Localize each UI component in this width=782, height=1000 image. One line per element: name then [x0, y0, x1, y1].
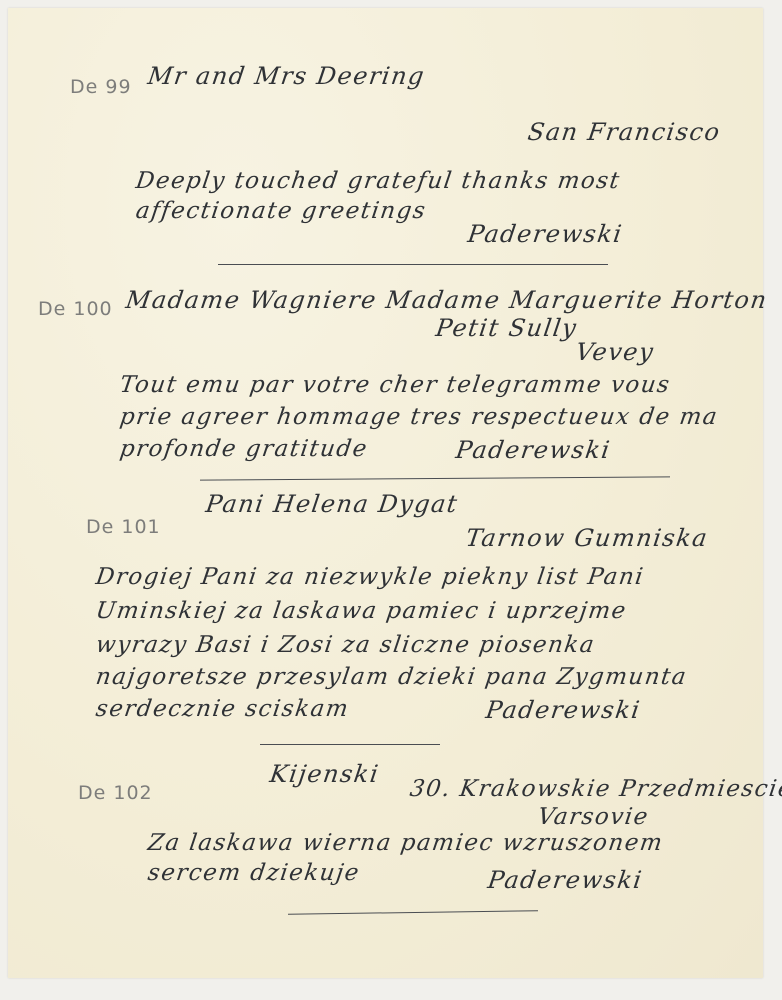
- place-line: Vevey: [574, 338, 656, 366]
- body-line: prie agreer hommage tres respectueux de …: [118, 404, 720, 430]
- signature: Paderewski: [486, 866, 645, 894]
- letter-page: De 99 Mr and Mrs Deering San Francisco D…: [8, 8, 763, 978]
- divider: [260, 744, 440, 745]
- archive-ref: De 100: [38, 298, 113, 320]
- signature: Paderewski: [454, 436, 613, 464]
- city: Varsovie: [536, 804, 650, 830]
- body-line: Uminskiej za laskawa pamiec i uprzejme: [94, 598, 628, 624]
- divider: [200, 476, 670, 480]
- divider: [218, 264, 608, 265]
- archive-ref: De 102: [78, 782, 153, 804]
- body-line: sercem dziekuje: [146, 860, 361, 886]
- body-line: serdecznie sciskam: [94, 696, 351, 722]
- archive-ref: De 99: [70, 76, 132, 98]
- place-line: Petit Sully: [434, 314, 579, 342]
- signature: Paderewski: [466, 220, 625, 248]
- address: 30. Krakowskie Przedmiescie: [408, 776, 782, 802]
- recipient: Pani Helena Dygat: [204, 490, 460, 518]
- body-line: affectionate greetings: [134, 198, 428, 224]
- divider: [288, 910, 538, 914]
- place: San Francisco: [526, 118, 722, 146]
- recipient: Kijenski: [268, 760, 381, 788]
- archive-ref: De 101: [86, 516, 161, 538]
- body-line: Tout emu par votre cher telegramme vous: [118, 372, 672, 398]
- body-line: Drogiej Pani za niezwykle piekny list Pa…: [94, 564, 646, 590]
- body-line: profonde gratitude: [118, 436, 369, 462]
- body-line: Za laskawa wierna pamiec wzruszonem: [146, 830, 665, 856]
- recipient: Mr and Mrs Deering: [146, 62, 427, 90]
- body-line: najgoretsze przesylam dzieki pana Zygmun…: [94, 664, 689, 690]
- recipient: Madame Wagniere Madame Marguerite Horton: [124, 286, 770, 314]
- place: Tarnow Gumniska: [464, 524, 710, 552]
- signature: Paderewski: [484, 696, 643, 724]
- body-line: wyrazy Basi i Zosi za sliczne piosenka: [94, 632, 597, 658]
- body-line: Deeply touched grateful thanks most: [134, 168, 622, 194]
